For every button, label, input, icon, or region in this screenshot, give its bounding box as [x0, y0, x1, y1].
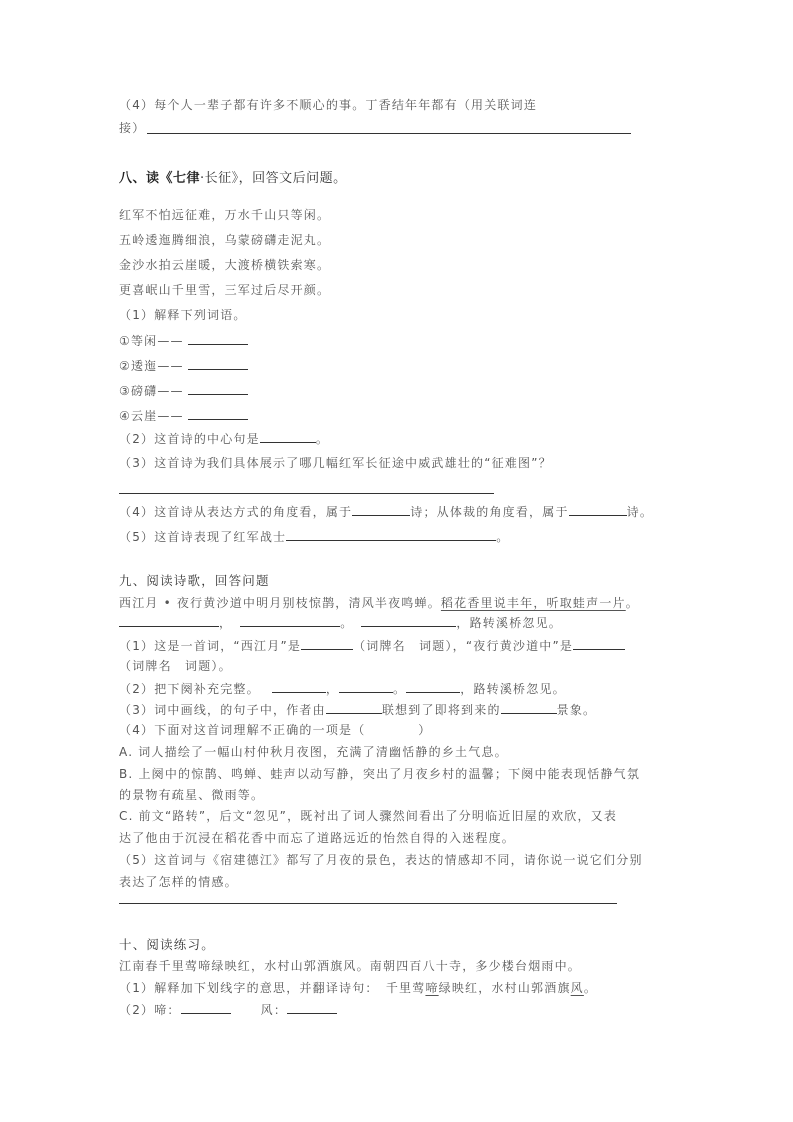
s8-q3: （3）这首诗为我们具体展示了哪几幅红军长征途中威武雄壮的“征难图”？ — [119, 455, 552, 471]
s8-term-2: ②逶迤—— — [119, 357, 248, 374]
poem8-line3: 金沙水拍云崖暖，大渡桥横铁索寒。 — [119, 257, 330, 273]
s9-q3-a: （3）词中画线，的句子中，作者由 — [119, 703, 326, 717]
s8-term-1: ①等闲—— — [119, 332, 248, 349]
poem8-line1: 红军不怕远征难，万水千山只等闲。 — [119, 207, 330, 223]
fill-blank-2[interactable] — [240, 614, 340, 627]
s10-q1-c: 。 — [584, 981, 597, 995]
s9-q1-c: （词牌名 词题）。 — [119, 658, 232, 674]
s10-q2-blank1[interactable] — [181, 1001, 231, 1014]
s9-q1-blank1[interactable] — [301, 637, 353, 650]
underlined-char-ti: 啼 — [425, 981, 438, 995]
s9-q1: （1）这是一首词，“西江月”是（词牌名 词题），“夜行黄沙道中”是 — [119, 637, 625, 654]
s8-q5-end: 。 — [496, 530, 509, 544]
s8-q2-end: 。 — [316, 432, 329, 446]
s9-q5-line2: 表达了怎样的情感。 — [119, 874, 238, 890]
s9-q1-b: （词牌名 词题），“夜行黄沙道中”是 — [353, 639, 573, 653]
option-b-line1[interactable]: B. 上阕中的惊鹊、鸣蝉、蛙声以动写静，突出了月夜乡村的温馨；下阕中能表现恬静气… — [119, 766, 640, 782]
term-label: ③磅礴—— — [119, 384, 184, 398]
section10-title: 十、阅读练习。 — [119, 937, 215, 953]
s9-q2: （2）把下阕补充完整。，。，路转溪桥忽见。 — [119, 680, 566, 697]
s8-q5-text: （5）这首诗表现了红军战士 — [119, 530, 286, 544]
term-3-blank[interactable] — [188, 382, 248, 395]
sep: 。 — [393, 682, 406, 696]
s9-q5-answer-line[interactable] — [119, 903, 617, 904]
sep: 。 — [340, 616, 353, 630]
s10-q2: （2）啼：风： — [119, 1001, 337, 1018]
s9-q3: （3）词中画线，的句子中，作者由联想到了即将到来的景象。 — [119, 701, 596, 718]
s10-q2-a: （2）啼： — [119, 1003, 181, 1017]
sep: ， — [326, 682, 339, 696]
poem9-pre: 西江月 • 夜行黄沙道中明月别枝惊鹊，清风半夜鸣蝉。 — [119, 596, 441, 610]
poem10: 江南春千里莺啼绿映红，水村山郭酒旗风。南朝四百八十寺，多少楼台烟雨中。 — [119, 958, 581, 974]
s8-q4-blank2[interactable] — [569, 503, 627, 516]
poem9-post: 。 — [626, 596, 639, 610]
s8-q4-c: 诗。 — [627, 505, 653, 519]
option-a[interactable]: A. 词人描绘了一幅山村仲秋月夜图，充满了清幽恬静的乡土气息。 — [119, 744, 508, 760]
poem9-underlined: 稻花香里说丰年，听取蛙声一片 — [441, 596, 626, 610]
q7-4-line2: 接） — [119, 120, 145, 136]
poem8-line4: 更喜岷山千里雪，三军过后尽开颜。 — [119, 282, 330, 298]
s8-q2-text: （2）这首诗的中心句是 — [119, 432, 260, 446]
s9-q4: （4）下面对这首词理解不正确的一项是（ ） — [119, 722, 431, 738]
section8-title-bold: 八、读《七律 — [119, 171, 200, 186]
s8-q5: （5）这首诗表现了红军战士。 — [119, 528, 509, 545]
option-c-line1[interactable]: C. 前文“路转”，后文“忽见”，既衬出了词人骤然间看出了分明临近旧屋的欢欣，又… — [119, 808, 617, 824]
term-1-blank[interactable] — [188, 332, 248, 345]
term-2-blank[interactable] — [188, 357, 248, 370]
s10-q1-b: 绿映红，水村山郭酒旗 — [439, 981, 571, 995]
s9-q1-blank2[interactable] — [573, 637, 625, 650]
option-c-line2: 达了他由于沉浸在稻花香中而忘了道路远近的怡然自得的入迷程度。 — [119, 830, 515, 846]
s8-q5-blank[interactable] — [286, 528, 496, 541]
poem9-fill: ，。，路转溪桥忽见。 — [119, 614, 562, 631]
s8-term-4: ④云崖—— — [119, 407, 248, 424]
q7-4-answer-line[interactable] — [147, 133, 631, 134]
s8-q4-blank1[interactable] — [352, 503, 410, 516]
s9-q2-end: ，路转溪桥忽见。 — [460, 682, 566, 696]
s8-q4: （4）这首诗从表达方式的角度看，属于诗；从体裁的角度看，属于诗。 — [119, 503, 653, 520]
s9-q5-line1: （5）这首词与《宿建德江》都写了月夜的景色，表达的情感却不同，请你说一说它们分别 — [119, 852, 643, 868]
s9-q3-blank2[interactable] — [501, 701, 557, 714]
poem8-line2: 五岭逶迤腾细浪，乌蒙磅礴走泥丸。 — [119, 232, 330, 248]
s8-q4-b: 诗；从体裁的角度看，属于 — [410, 505, 568, 519]
s9-q3-c: 景象。 — [557, 703, 597, 717]
sep: ， — [219, 616, 232, 630]
s8-q2-blank[interactable] — [260, 430, 316, 443]
term-label: ④云崖—— — [119, 409, 184, 423]
s8-term-3: ③磅礴—— — [119, 382, 248, 399]
term-label: ②逶迤—— — [119, 359, 184, 373]
section8-title: 八、读《七律·长征》，回答文后问题。 — [119, 171, 347, 187]
s9-q1-a: （1）这是一首词，“西江月”是 — [119, 639, 301, 653]
poem9: 西江月 • 夜行黄沙道中明月别枝惊鹊，清风半夜鸣蝉。稻花香里说丰年，听取蛙声一片… — [119, 595, 639, 611]
underlined-char-feng: 风 — [571, 981, 584, 995]
s10-q1-a: （1）解释加下划线字的意思，并翻译诗句： 千里莺 — [119, 981, 425, 995]
fill-blank-3[interactable] — [361, 614, 456, 627]
s8-q2: （2）这首诗的中心句是。 — [119, 430, 329, 447]
fill-end: ，路转溪桥忽见。 — [456, 616, 562, 630]
s9-q2-blank3[interactable] — [406, 680, 460, 693]
section8-title-rest: ·长征》，回答文后问题。 — [200, 171, 347, 186]
q7-4-label: 接） — [119, 121, 145, 135]
option-b-line2: 的景物有疏星、微雨等。 — [119, 787, 264, 803]
s10-q2-b: 风： — [261, 1003, 287, 1017]
s8-q4-a: （4）这首诗从表达方式的角度看，属于 — [119, 505, 352, 519]
s8-q1: （1）解释下列词语。 — [119, 307, 247, 323]
s10-q1: （1）解释加下划线字的意思，并翻译诗句： 千里莺啼绿映红，水村山郭酒旗风。 — [119, 980, 597, 996]
section9-title: 九、阅读诗歌，回答问题 — [119, 573, 270, 589]
term-label: ①等闲—— — [119, 334, 184, 348]
s8-q3-answer-line[interactable] — [119, 493, 494, 494]
s9-q3-blank1[interactable] — [326, 701, 382, 714]
s10-q2-blank2[interactable] — [287, 1001, 337, 1014]
q7-4-line1: （4）每个人一辈子都有许多不顺心的事。丁香结年年都有（用关联词连 — [119, 97, 537, 113]
s9-q2-a: （2）把下阕补充完整。 — [119, 682, 260, 696]
s9-q2-blank1[interactable] — [272, 680, 326, 693]
fill-blank-1[interactable] — [119, 614, 219, 627]
term-4-blank[interactable] — [188, 407, 248, 420]
s9-q3-b: 联想到了即将到来的 — [382, 703, 501, 717]
s9-q2-blank2[interactable] — [339, 680, 393, 693]
